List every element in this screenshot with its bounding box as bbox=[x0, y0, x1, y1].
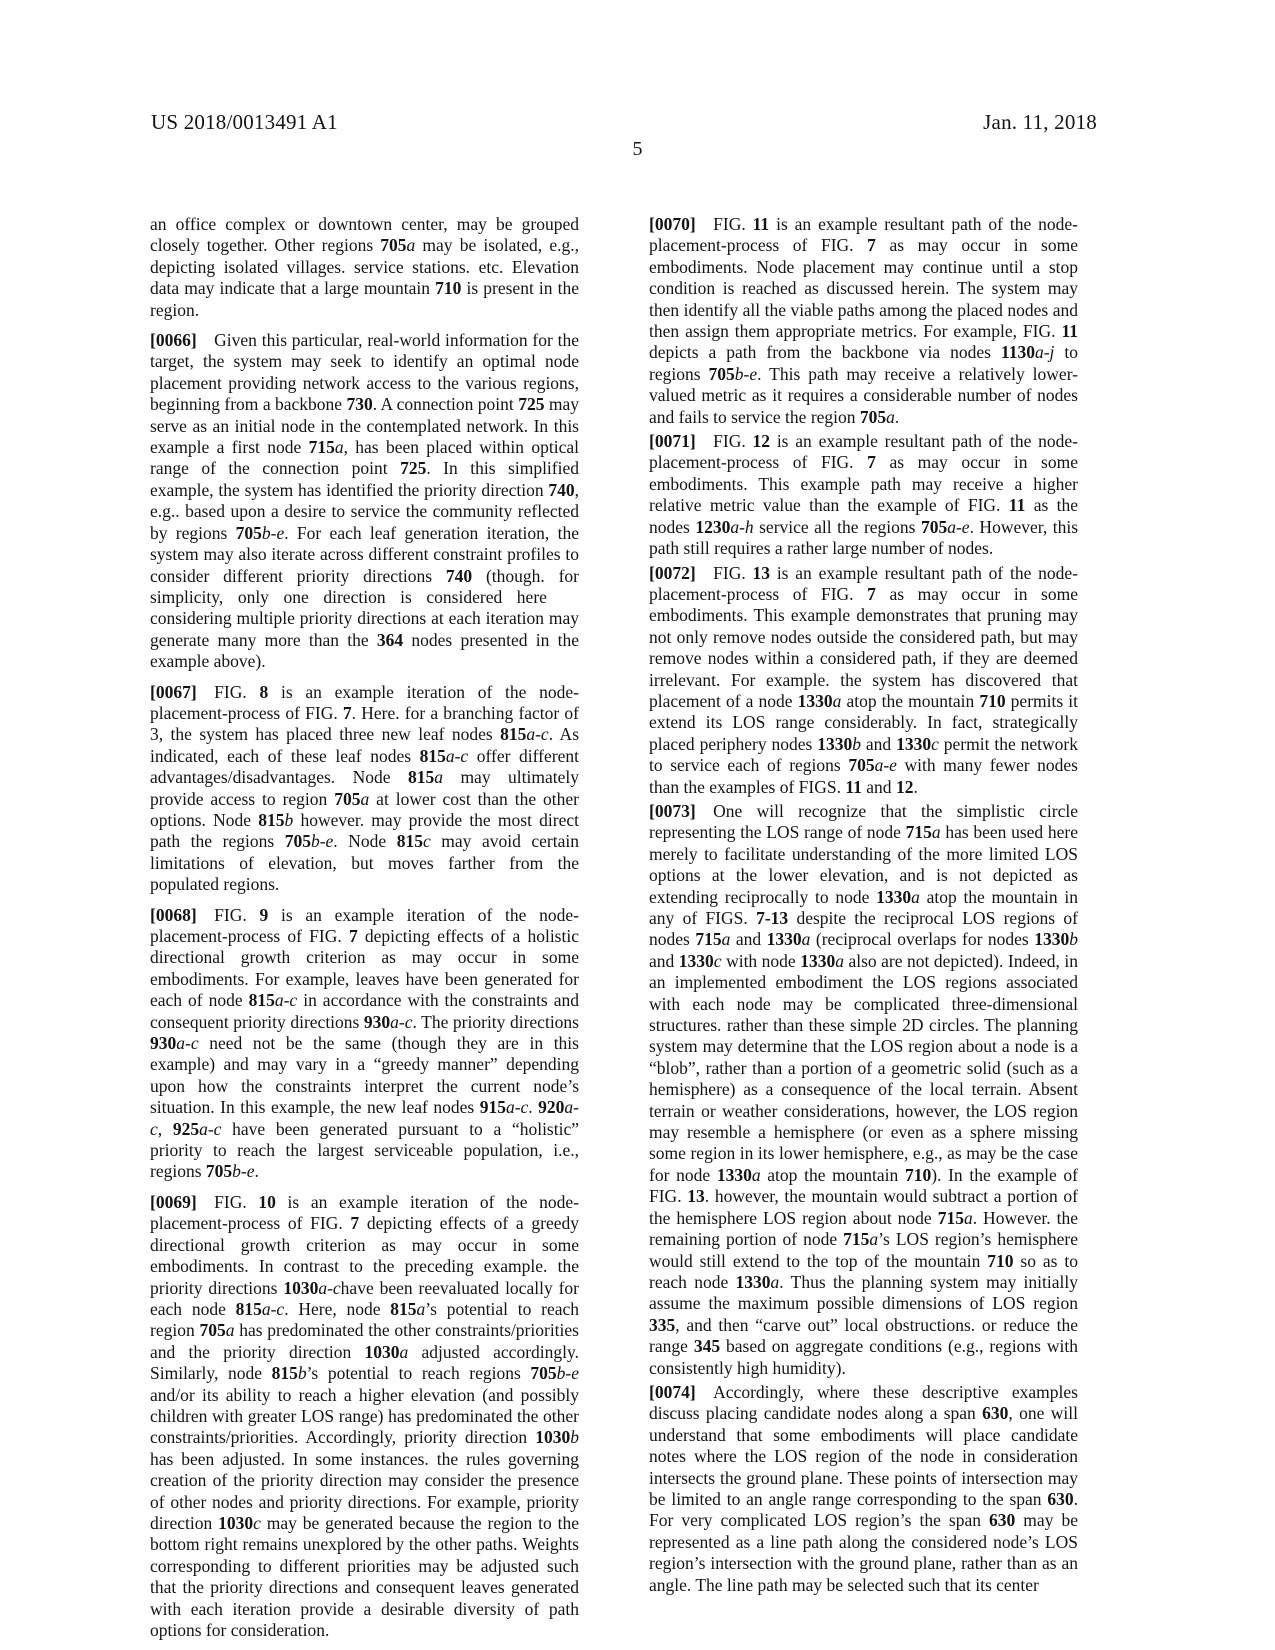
paragraph: [0067] FIG. 8 is an example iteration of… bbox=[150, 682, 579, 896]
page-body: an office complex or downtown center, ma… bbox=[150, 214, 1078, 1641]
patent-page: US 2018/0013491 A1 Jan. 11, 2018 5 an of… bbox=[0, 0, 1275, 1650]
paragraph: [0073] One will recognize that the simpl… bbox=[649, 801, 1078, 1379]
paragraph: [0070] FIG. 11 is an example resultant p… bbox=[649, 214, 1078, 428]
paragraph: an office complex or downtown center, ma… bbox=[150, 214, 579, 321]
page-header: US 2018/0013491 A1 Jan. 11, 2018 bbox=[151, 110, 1097, 135]
page-number: 5 bbox=[0, 138, 1275, 161]
paragraph: [0066] Given this particular, real-world… bbox=[150, 330, 579, 673]
patent-number: US 2018/0013491 A1 bbox=[151, 110, 338, 135]
paragraph: [0068] FIG. 9 is an example iteration of… bbox=[150, 905, 579, 1183]
left-column: an office complex or downtown center, ma… bbox=[150, 214, 579, 1641]
paragraph: [0071] FIG. 12 is an example resultant p… bbox=[649, 431, 1078, 559]
paragraph: [0074] Accordingly, where these descript… bbox=[649, 1382, 1078, 1596]
header-date: Jan. 11, 2018 bbox=[983, 110, 1097, 135]
right-column: [0070] FIG. 11 is an example resultant p… bbox=[649, 214, 1078, 1641]
paragraph: [0069] FIG. 10 is an example iteration o… bbox=[150, 1192, 579, 1642]
paragraph: [0072] FIG. 13 is an example resultant p… bbox=[649, 563, 1078, 798]
